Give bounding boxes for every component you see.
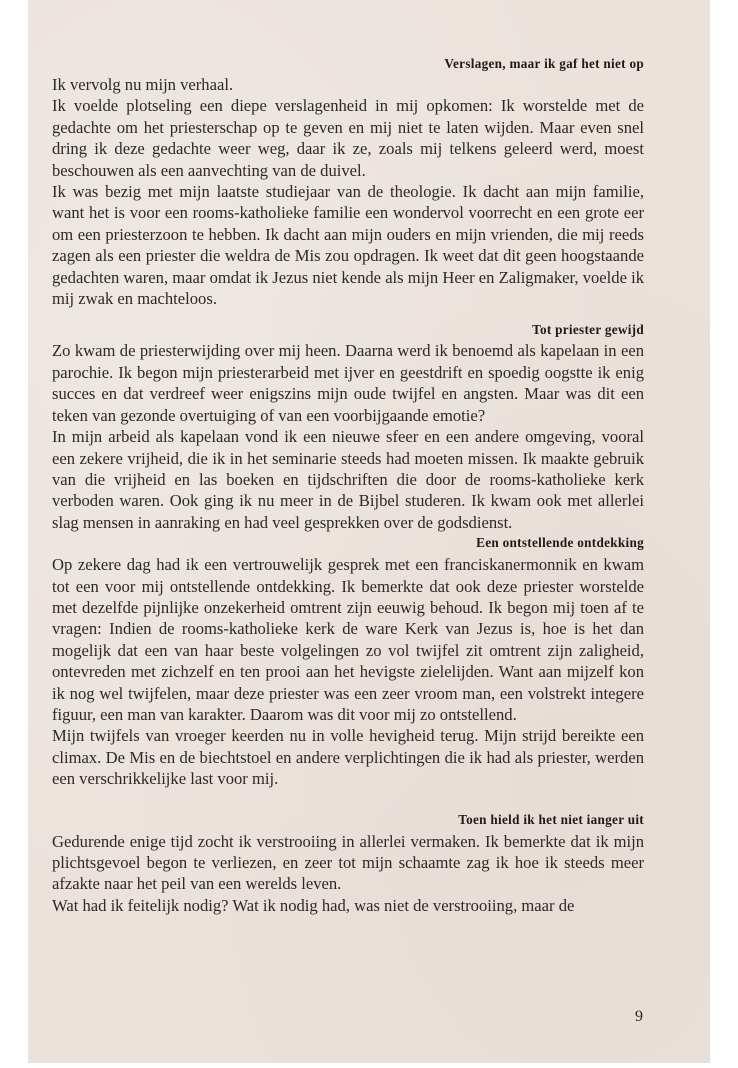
paragraph: Ik vervolg nu mijn verhaal. xyxy=(52,74,644,95)
paragraph: Gedurende enige tijd zocht ik verstrooii… xyxy=(52,831,644,895)
paragraph: Op zekere dag had ik een vertrouwelijk g… xyxy=(52,554,644,725)
section-heading: Een ontstellende ontdekking xyxy=(52,533,644,553)
section-heading: Verslagen, maar ik gaf het niet op xyxy=(52,54,644,74)
paragraph: Zo kwam de priesterwijding over mij heen… xyxy=(52,340,644,426)
page-text: Verslagen, maar ik gaf het niet op Ik ve… xyxy=(52,54,644,916)
page-number: 9 xyxy=(635,1008,643,1026)
paragraph: Mijn twijfels van vroeger keerden nu in … xyxy=(52,725,644,789)
paragraph: Wat had ik feitelijk nodig? Wat ik nodig… xyxy=(52,895,644,916)
paragraph: In mijn arbeid als kapelaan vond ik een … xyxy=(52,426,644,533)
section-heading: Toen hield ik het niet ianger uit xyxy=(52,810,644,830)
section-heading: Tot priester gewijd xyxy=(52,320,644,340)
paragraph: Ik voelde plotseling een diepe verslagen… xyxy=(52,95,644,181)
paragraph: Ik was bezig met mijn laatste studiejaar… xyxy=(52,181,644,309)
